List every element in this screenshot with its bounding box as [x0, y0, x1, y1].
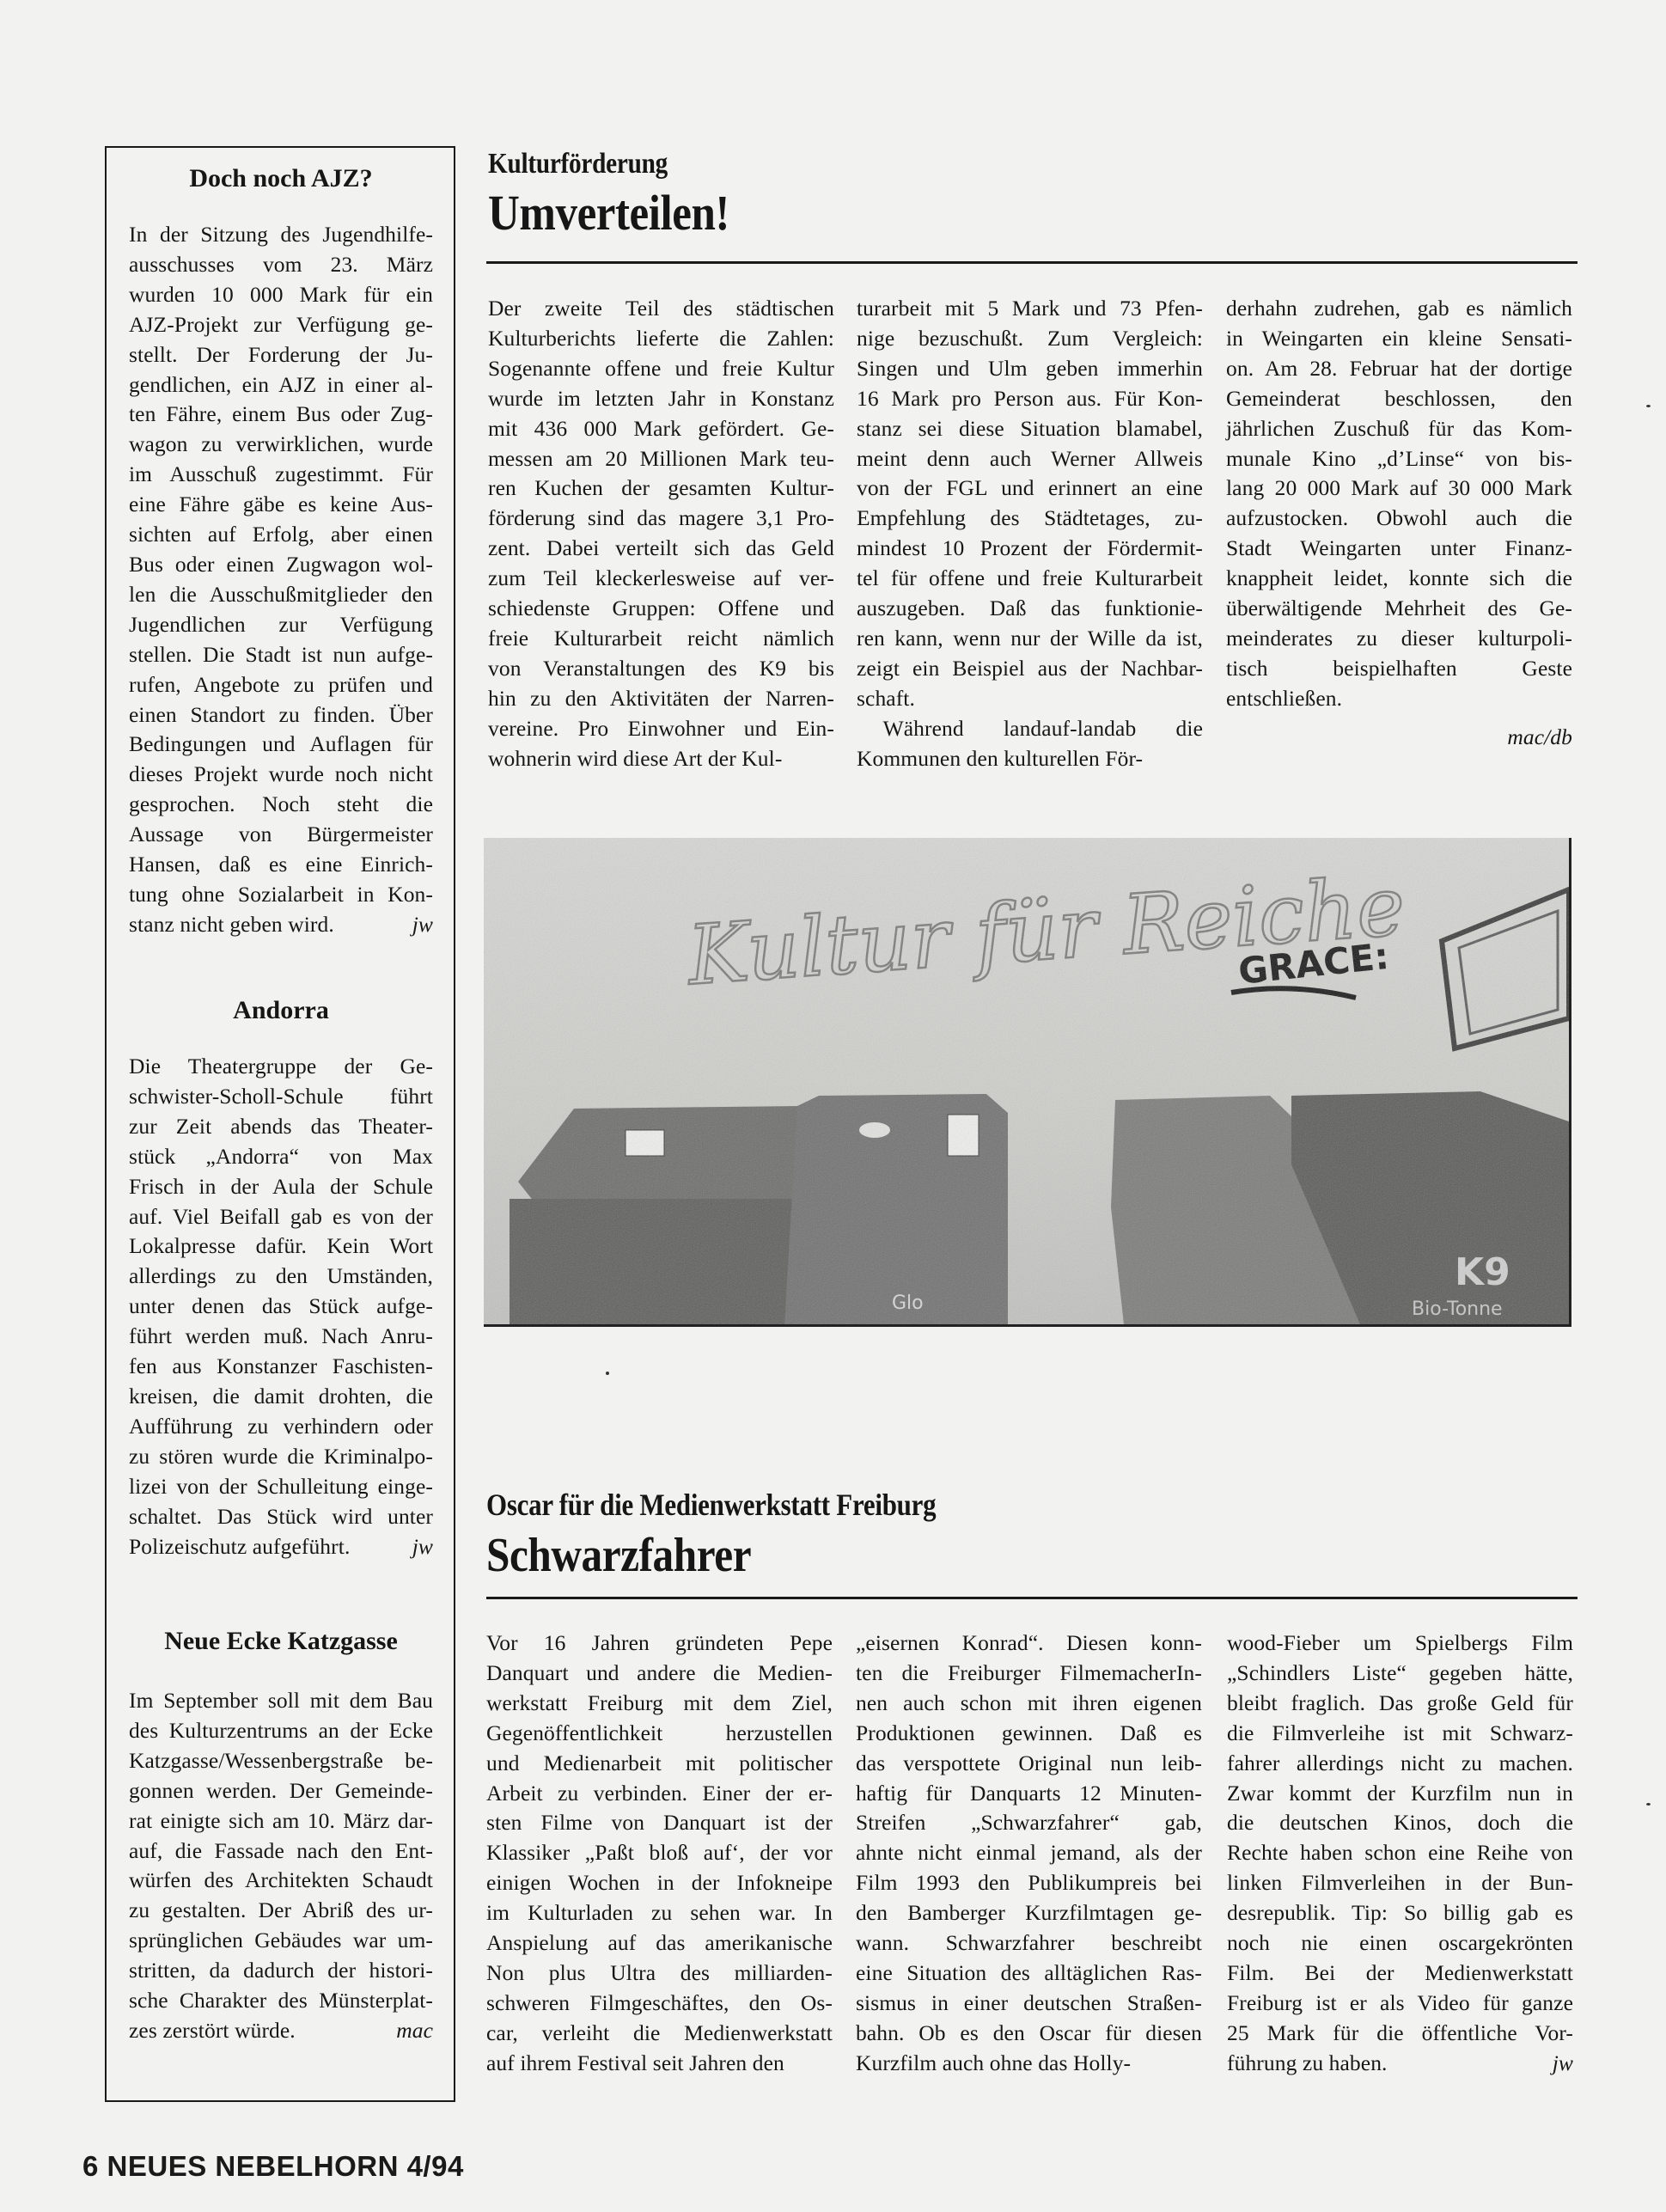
text-line: mit 436 000 Mark gefördert. Ge-	[488, 414, 834, 444]
publication-name: NEUES NEBELHORN	[107, 2150, 399, 2182]
section-title: Doch noch AJZ?	[129, 163, 433, 194]
text-line: Non plus Ultra des milliarden-	[486, 1958, 833, 1989]
text-line: meint denn auch Werner Allweis	[857, 444, 1203, 474]
text-line: wann. Schwarzfahrer beschreibt	[856, 1928, 1202, 1958]
text-line: des Kulturzentrums an der Ecke	[129, 1716, 433, 1746]
text-line: vereine. Pro Einwohner und Ein-	[488, 714, 834, 744]
text-line: stritten, da dadurch der histori-	[129, 1956, 433, 1986]
text-line: Kommunen den kulturellen För-	[857, 744, 1203, 774]
text-line: sche Charakter des Münsterplat-	[129, 1986, 433, 2016]
text-line: haftig für Danquarts 12 Minuten-	[856, 1779, 1202, 1809]
text-line: Polizeischutz aufgeführt.jw	[129, 1532, 433, 1562]
text-line: fahrer allerdings nicht zu machen.	[1227, 1749, 1573, 1779]
text-line: freie Kulturarbeit reicht nämlich	[488, 624, 834, 654]
author-signature: mac/db	[1226, 723, 1572, 753]
text-line: stellen. Die Stadt ist nun aufge-	[129, 640, 433, 670]
text-line: In der Sitzung des Jugendhilfe-	[129, 220, 433, 250]
headline-rule	[486, 261, 1578, 264]
text-line: auf ihrem Festival seit Jahren den	[486, 2049, 833, 2079]
issue-number: 4/94	[407, 2150, 464, 2182]
text-line: sten Filme von Danquart ist der	[486, 1808, 833, 1838]
section-title: Andorra	[129, 995, 433, 1026]
text-line: schweren Filmgeschäftes, den Os-	[486, 1989, 833, 2019]
text-line: im Kulturladen zu sehen war. In	[486, 1898, 833, 1928]
text-line: ahnte nicht einmal jemand, als der	[856, 1838, 1202, 1868]
text-line: Lokalpresse dafür. Kein Wort	[129, 1231, 433, 1262]
text-line: messen am 20 Millionen Mark teu-	[488, 444, 834, 474]
text-line: Bus oder einen Zugwagon wol-	[129, 550, 433, 580]
text-line: „eisernen Konrad“. Diesen konn-	[856, 1628, 1202, 1659]
text-line: auf. Viel Beifall gab es von der	[129, 1202, 433, 1232]
text-line: AJZ-Projekt zur Verfügung ge-	[129, 310, 433, 340]
text-line: Bedingungen und Auflagen für	[129, 730, 433, 760]
text-line: schwister-Scholl-Schule führt	[129, 1082, 433, 1112]
section-body: Die Theatergruppe der Ge-schwister-Schol…	[129, 1052, 433, 1561]
text-line: im Ausschuß zugestimmt. Für	[129, 460, 433, 490]
text-line: wurde im letzten Jahr in Konstanz	[488, 384, 834, 414]
text-line: Katzgasse/Wessenbergstraße be-	[129, 1746, 433, 1776]
text-line: die deutschen Kinos, doch die	[1227, 1808, 1573, 1838]
text-line: wagon zu verwirklichen, wurde	[129, 430, 433, 460]
article2-column-3: wood-Fieber um Spielbergs Film„Schindler…	[1227, 1628, 1573, 2079]
text-line: 16 Mark pro Person aus. Für Kon-	[857, 384, 1203, 414]
text-line: Zwar kommt der Kurzfilm nun in	[1227, 1779, 1573, 1809]
text-line: einen Standort zu finden. Über	[129, 700, 433, 730]
article1-header: Kulturförderung Umverteilen!	[488, 148, 762, 241]
article1-column-1: Der zweite Teil des städtischenKulturber…	[488, 294, 834, 774]
text-line: Singen und Ulm geben immerhin	[857, 354, 1203, 384]
text-line: zent. Dabei verteilt sich das Geld	[488, 534, 834, 564]
text-line: lizei von der Schulleitung einge-	[129, 1472, 433, 1502]
sidebar-box: Doch noch AJZ? In der Sitzung des Jugend…	[105, 146, 455, 2102]
text-line: Während landauf-landab die	[857, 714, 1203, 744]
text-line: von der FGL und erinnert an eine	[857, 474, 1203, 504]
photo-graffiti-bins: Kultur für Reiche GRACE: Glo K9 Bio-Tonn…	[484, 838, 1569, 1324]
text-line: führt werden muß. Nach Anru-	[129, 1322, 433, 1352]
text-line: wurden 10 000 Mark für ein	[129, 280, 433, 310]
text-line: Im September soll mit dem Bau	[129, 1686, 433, 1716]
text-line: Freiburg ist er als Video für ganze	[1227, 1989, 1573, 2019]
text-line: jährlichen Zuschuß für das Kom-	[1226, 414, 1572, 444]
text-line: den Bamberger Kurzfilmtagen ge-	[856, 1898, 1202, 1928]
text-line: zum Teil kleckerlesweise auf ver-	[488, 564, 834, 594]
text-line: unter denen das Stück aufge-	[129, 1292, 433, 1322]
text-line: mindest 10 Prozent der Fördermit-	[857, 534, 1203, 564]
text-line: stanz nicht geben wird.jw	[129, 910, 433, 940]
text-line: rufen, Angebote zu prüfen und	[129, 670, 433, 700]
article2-header: Oscar für die Medienwerkstatt Freiburg S…	[486, 1487, 1010, 1583]
section-body: Im September soll mit dem Baudes Kulturz…	[129, 1686, 433, 2046]
text-line: einigen Wochen in der Infokneipe	[486, 1868, 833, 1898]
author-signature: jw	[412, 1532, 433, 1562]
article1-column-3: derhahn zudrehen, gab es nämlichin Weing…	[1226, 294, 1572, 753]
text-line: Empfehlung des Städtetages, zu-	[857, 504, 1203, 534]
text-line: zes zerstört würde.mac	[129, 2016, 433, 2046]
text-line: munale Kino „d’Linse“ von bis-	[1226, 444, 1572, 474]
text-line: sichten auf Erfolg, aber einen	[129, 520, 433, 550]
text-line: Hansen, daß es eine Einrich-	[129, 850, 433, 880]
sidebar-section-ajz: Doch noch AJZ? In der Sitzung des Jugend…	[129, 163, 433, 940]
text-line: Streifen „Schwarzfahrer“ gab,	[856, 1808, 1202, 1838]
text-line: schaft.	[857, 684, 1203, 714]
text-line: das verspottete Original nun leib-	[856, 1749, 1202, 1779]
page-number: 6	[82, 2150, 99, 2182]
article-photo: Kultur für Reiche GRACE: Glo K9 Bio-Tonn…	[484, 838, 1571, 1327]
text-line: on. Am 28. Februar hat der dortige	[1226, 354, 1572, 384]
text-line: Kurzfilm auch ohne das Holly-	[856, 2049, 1202, 2079]
author-signature: mac	[396, 2016, 433, 2046]
text-line: auszugeben. Daß das funktionie-	[857, 594, 1203, 624]
text-line: fen aus Konstanzer Faschisten-	[129, 1352, 433, 1382]
text-line: in Weingarten ein kleine Sensati-	[1226, 324, 1572, 354]
text-line: Danquart und andere die Medien-	[486, 1659, 833, 1689]
text-line: stück „Andorra“ von Max	[129, 1142, 433, 1172]
text-line: tisch beispielhaften Geste	[1226, 654, 1572, 684]
text-line: Die Theatergruppe der Ge-	[129, 1052, 433, 1082]
text-line: Film. Bei der Medienwerkstatt	[1227, 1958, 1573, 1989]
sidebar-section-andorra: Andorra Die Theatergruppe der Ge-schwist…	[129, 995, 433, 1561]
text-line: rat einigte sich am 10. März dar-	[129, 1806, 433, 1836]
text-line: derhahn zudrehen, gab es nämlich	[1226, 294, 1572, 324]
text-line: entschließen.	[1226, 684, 1572, 714]
text-line: förderung sind das magere 3,1 Pro-	[488, 504, 834, 534]
article-kicker: Kulturförderung	[488, 148, 724, 180]
text-line: ausschusses vom 23. März	[129, 250, 433, 280]
text-line: tel für offene und freie Kulturarbeit	[857, 564, 1203, 594]
text-line: hin zu den Aktivitäten der Narren-	[488, 684, 834, 714]
text-line: Anspielung auf das amerikanische	[486, 1928, 833, 1958]
text-line: ren Kuchen der gesamten Kultur-	[488, 474, 834, 504]
text-line: sprünglichen Gebäudes war um-	[129, 1926, 433, 1956]
article-headline: Schwarzfahrer	[486, 1528, 946, 1583]
page-footer: 6 NEUES NEBELHORN 4/94	[82, 2150, 464, 2183]
text-line: zeigt ein Beispiel aus der Nachbar-	[857, 654, 1203, 684]
text-line: führung zu haben.jw	[1227, 2049, 1573, 2079]
article2-column-1: Vor 16 Jahren gründeten PepeDanquart und…	[486, 1628, 833, 2079]
text-line: 25 Mark für die öffentliche Vor-	[1227, 2019, 1573, 2049]
section-body: In der Sitzung des Jugendhilfe-ausschuss…	[129, 220, 433, 940]
text-line: wood-Fieber um Spielbergs Film	[1227, 1628, 1573, 1659]
text-line: eine Situation des alltäglichen Ras-	[856, 1958, 1202, 1989]
sidebar-section-katzgasse: Neue Ecke Katzgasse Im September soll mi…	[129, 1626, 433, 2046]
text-line: überwältigende Mehrheit des Ge-	[1226, 594, 1572, 624]
article-headline: Umverteilen!	[488, 184, 729, 241]
text-line: Stadt Weingarten unter Finanz-	[1226, 534, 1572, 564]
text-line: gesprochen. Noch steht die	[129, 790, 433, 820]
text-line: Rechte haben schon eine Reihe von	[1227, 1838, 1573, 1868]
text-line: Klassiker „Paßt bloß auf‘, der vor	[486, 1838, 833, 1868]
text-line: noch nie einen oscargekrönten	[1227, 1928, 1573, 1958]
text-line: Film 1993 den Publikumpreis bei	[856, 1868, 1202, 1898]
scan-speck	[1646, 1803, 1651, 1806]
text-line: meinderates zu dieser kulturpoli-	[1226, 624, 1572, 654]
article2-column-2: „eisernen Konrad“. Diesen konn-ten die F…	[856, 1628, 1202, 2079]
text-line: schaltet. Das Stück wird unter	[129, 1502, 433, 1532]
scan-speck	[1646, 405, 1651, 407]
text-line: und Medienarbeit mit politischer	[486, 1749, 833, 1779]
text-line: Kulturberichts lieferte die Zahlen:	[488, 324, 834, 354]
text-line: Gegenöffentlichkeit herzustellen	[486, 1719, 833, 1749]
text-line: von Veranstaltungen des K9 bis	[488, 654, 834, 684]
text-line: Gemeinderat beschlossen, den	[1226, 384, 1572, 414]
text-line: bleibt fraglich. Das große Geld für	[1227, 1689, 1573, 1719]
text-line: gonnen werden. Der Gemeinde-	[129, 1776, 433, 1806]
author-signature: jw	[412, 910, 433, 940]
text-line: desrepublik. Tip: So billig gab es	[1227, 1898, 1573, 1928]
text-line: zu gestalten. Der Abriß des ur-	[129, 1896, 433, 1926]
text-line: len die Ausschußmitglieder den	[129, 580, 433, 610]
text-line: „Schindlers Liste“ gegeben hätte,	[1227, 1659, 1573, 1689]
scan-speck	[606, 1372, 609, 1375]
text-line: ren kann, wenn nur der Wille da ist,	[857, 624, 1203, 654]
text-line: Sogenannte offene und freie Kultur	[488, 354, 834, 384]
text-line: auf, die Fassade nach den Ent-	[129, 1836, 433, 1867]
text-line: nige bezuschußt. Zum Vergleich:	[857, 324, 1203, 354]
text-line: werkstatt Freiburg mit dem Ziel,	[486, 1689, 833, 1719]
text-line: Aufführung zu verhindern oder	[129, 1412, 433, 1442]
text-line: Produktionen gewinnen. Daß es	[856, 1719, 1202, 1749]
text-line: eine Fähre gäbe es keine Aus-	[129, 490, 433, 520]
text-line: zu stören wurde die Kriminalpo-	[129, 1442, 433, 1472]
text-line: linken Filmverleihen in der Bun-	[1227, 1868, 1573, 1898]
author-signature: jw	[1553, 2049, 1573, 2079]
article1-column-2: turarbeit mit 5 Mark und 73 Pfen-nige be…	[857, 294, 1203, 774]
text-line: ten Fähre, einem Bus oder Zug-	[129, 400, 433, 430]
text-line: Jugendlichen zur Verfügung	[129, 610, 433, 640]
text-line: nen auch schon mit ihren eigenen	[856, 1689, 1202, 1719]
text-line: aufzustocken. Obwohl auch die	[1226, 504, 1572, 534]
text-line: lang 20 000 Mark auf 30 000 Mark	[1226, 474, 1572, 504]
text-line: tung ohne Sozialarbeit in Kon-	[129, 880, 433, 910]
text-line: würfen des Architekten Schaudt	[129, 1866, 433, 1896]
text-line: dieses Projekt wurde noch nicht	[129, 760, 433, 790]
text-line: wohnerin wird diese Art der Kul-	[488, 744, 834, 774]
section-title: Neue Ecke Katzgasse	[129, 1626, 433, 1657]
text-line: stanz sei diese Situation blamabel,	[857, 414, 1203, 444]
text-line: sismus in einer deutschen Straßen-	[856, 1989, 1202, 2019]
text-line: kreisen, die damit drohten, die	[129, 1382, 433, 1412]
text-line: turarbeit mit 5 Mark und 73 Pfen-	[857, 294, 1203, 324]
text-line: Arbeit zu verbinden. Einer der er-	[486, 1779, 833, 1809]
text-line: gendlichen, ein AJZ in einer al-	[129, 370, 433, 400]
text-line: Vor 16 Jahren gründeten Pepe	[486, 1628, 833, 1659]
text-line: ten die Freiburger FilmemacherIn-	[856, 1659, 1202, 1689]
text-line: Der zweite Teil des städtischen	[488, 294, 834, 324]
headline-rule	[486, 1597, 1578, 1599]
text-line: Aussage von Bürgermeister	[129, 820, 433, 850]
text-line: stellt. Der Forderung der Ju-	[129, 340, 433, 370]
article-kicker: Oscar für die Medienwerkstatt Freiburg	[486, 1487, 936, 1523]
text-line: allerdings zu den Umständen,	[129, 1262, 433, 1292]
text-line: bahn. Ob es den Oscar für diesen	[856, 2019, 1202, 2049]
text-line: zur Zeit abends das Theater-	[129, 1112, 433, 1142]
text-line: schiedenste Gruppen: Offene und	[488, 594, 834, 624]
text-line: car, verleiht die Medienwerkstatt	[486, 2019, 833, 2049]
text-line: knappheit leidet, konnte sich die	[1226, 564, 1572, 594]
text-line: Frisch in der Aula der Schule	[129, 1172, 433, 1202]
text-line: die Filmverleihe ist mit Schwarz-	[1227, 1719, 1573, 1749]
